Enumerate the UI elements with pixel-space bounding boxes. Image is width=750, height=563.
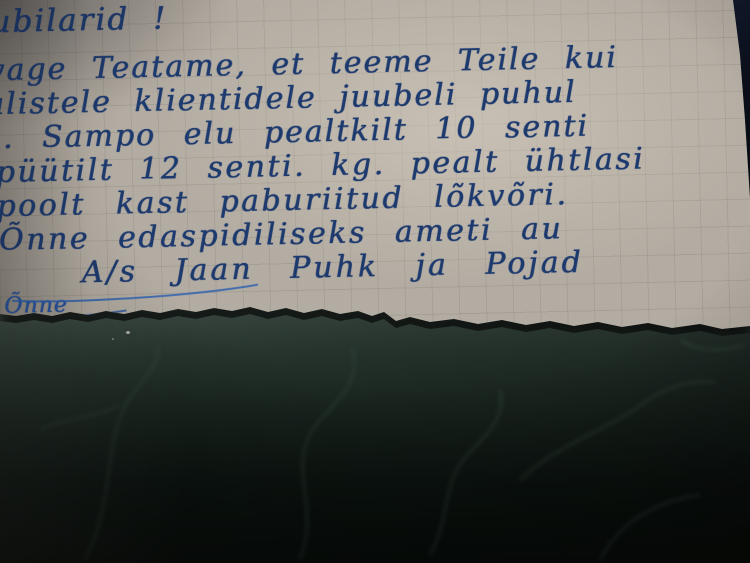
letter-paper: ubilarid ! vage Teatame, et teeme Teile … [0,0,750,332]
photograph-of-handwritten-letter: ubilarid ! vage Teatame, et teeme Teile … [0,0,750,563]
signature-flourish-stroke [0,0,750,344]
dust-speck [112,338,114,340]
dust-speck [126,331,130,334]
handwritten-text-block: ubilarid ! vage Teatame, et teeme Teile … [0,0,750,344]
